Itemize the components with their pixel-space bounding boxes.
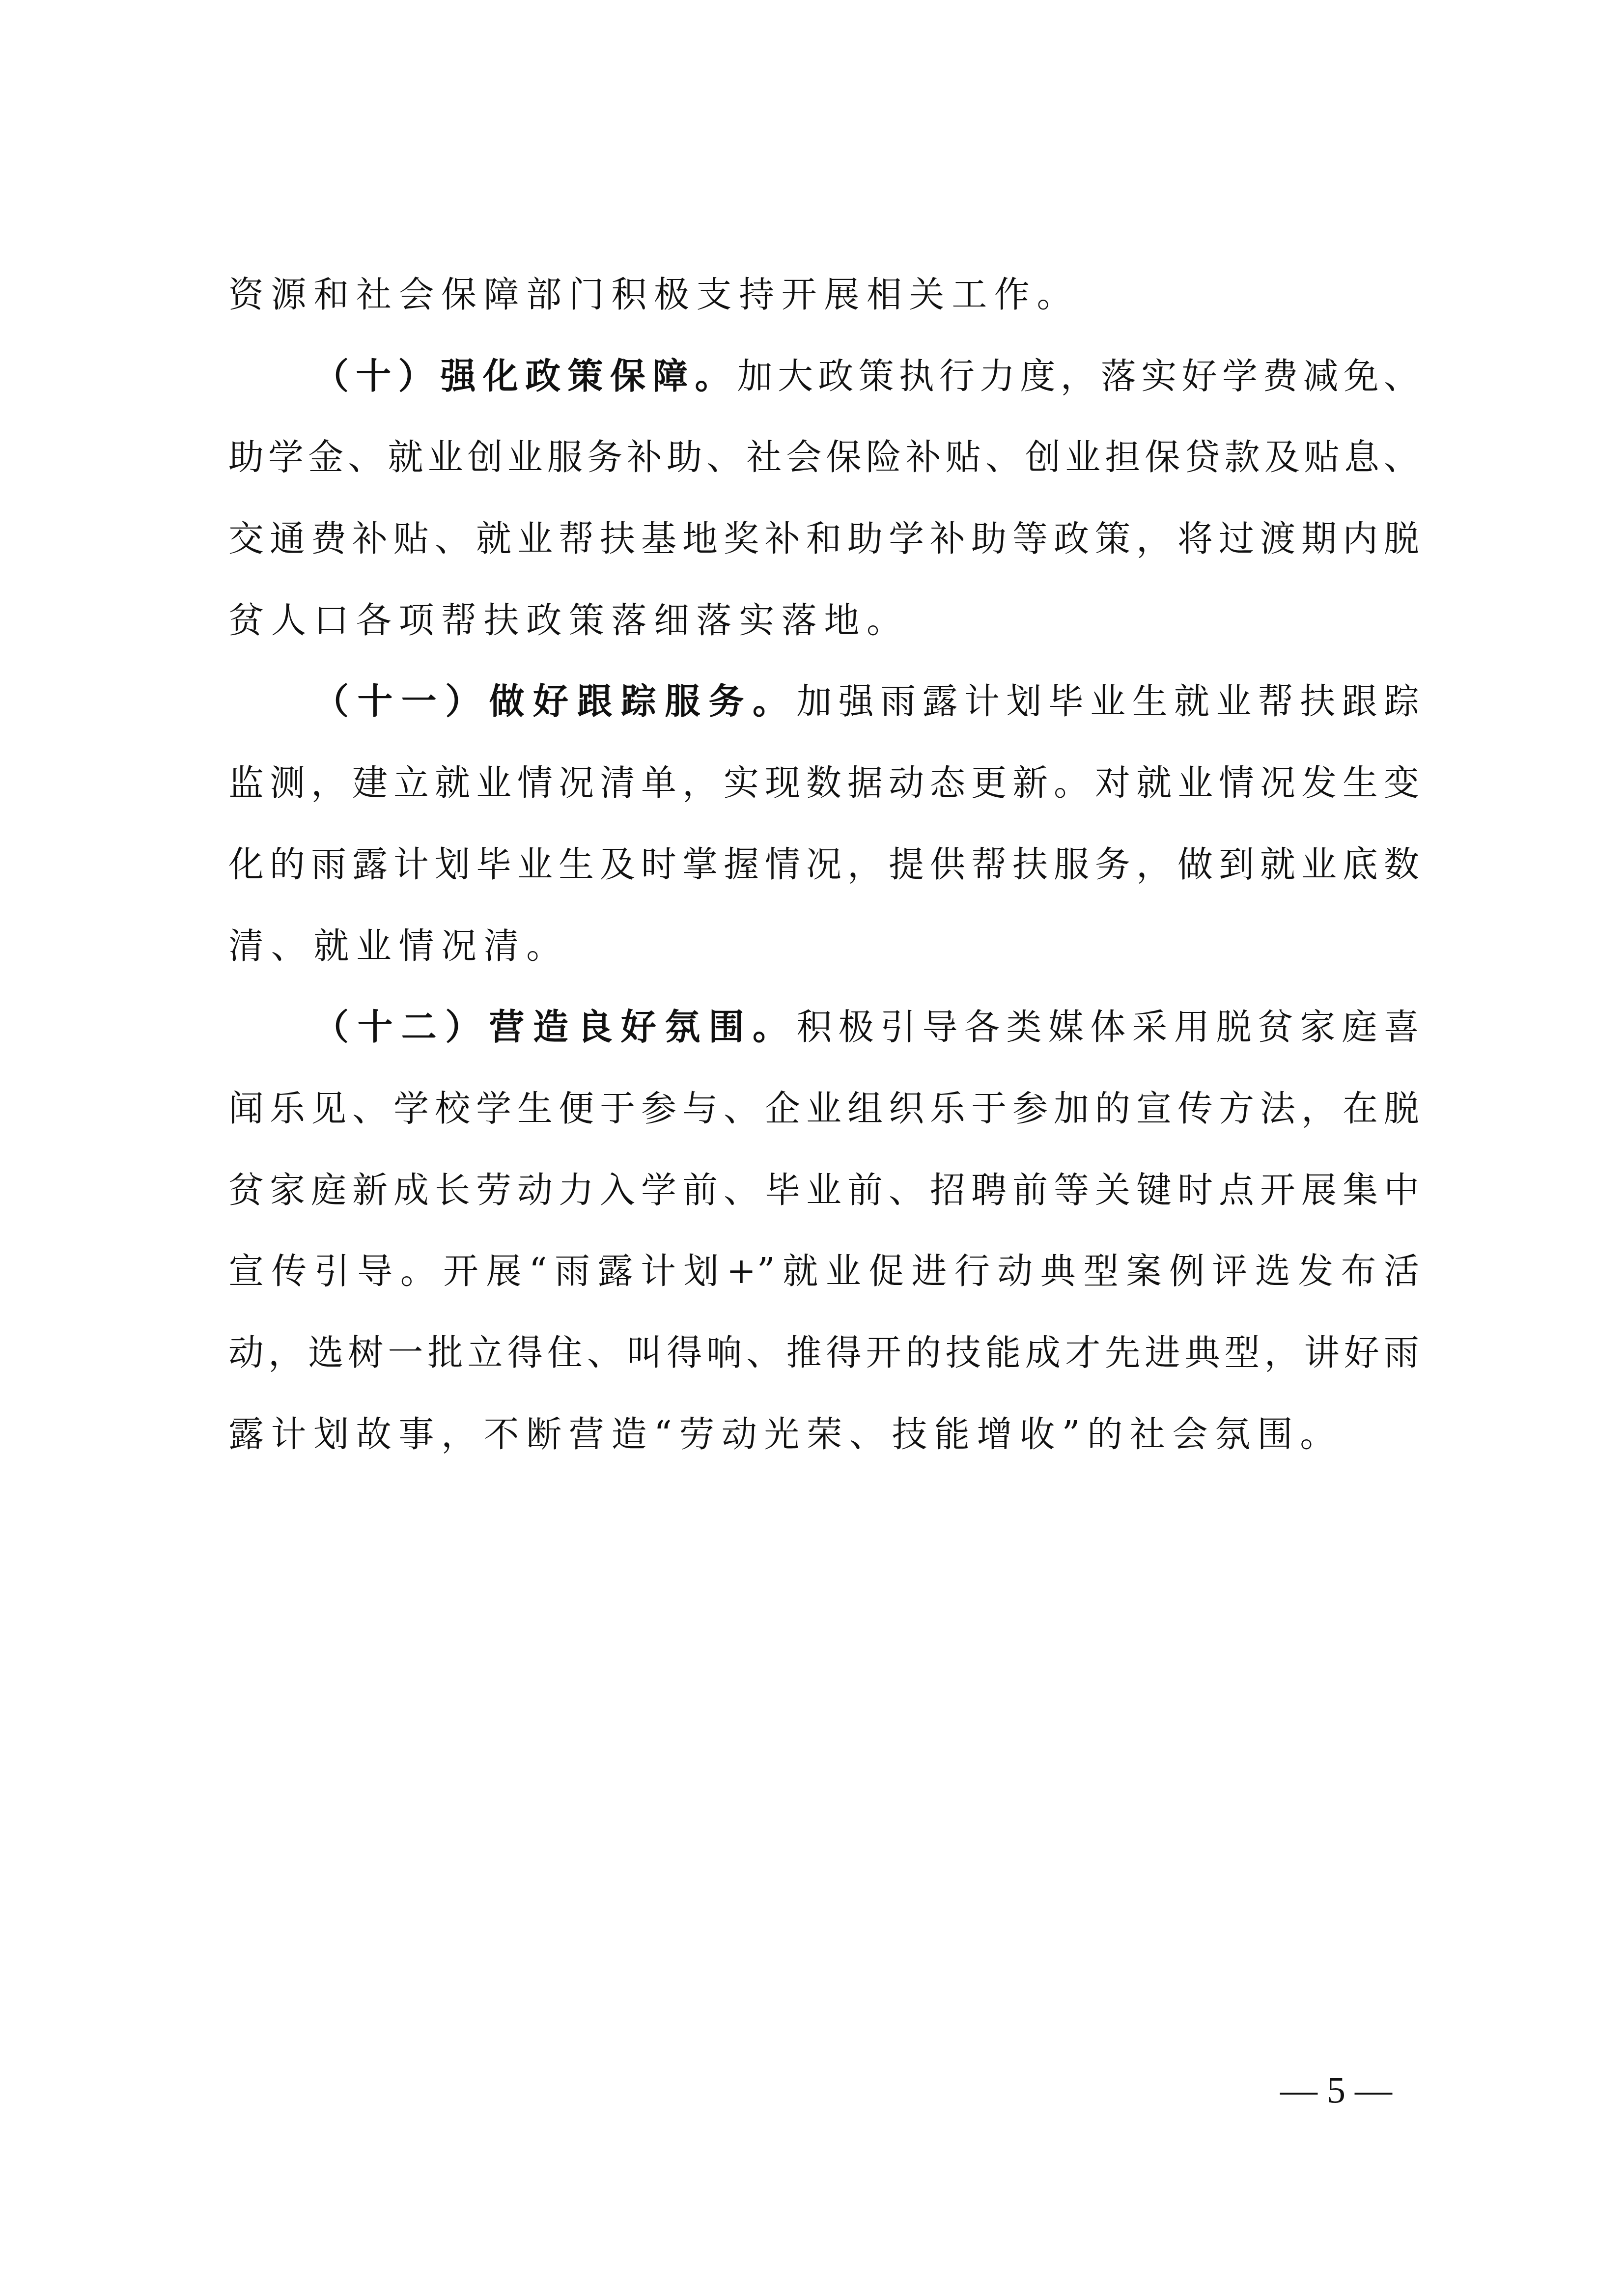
paragraph-first-line: （十）强化政策保障。加大政策执行力度，落实好学费减免、 [228, 336, 1420, 417]
page-number: — 5 — [1258, 2066, 1415, 2115]
document-body: 资源和社会保障部门积极支持开展相关工作。 （十）强化政策保障。加大政策执行力度，… [228, 254, 1420, 1475]
paragraph-line: 闻乐见、学校学生便于参与、企业组织乐于参加的宣传方法，在脱 [228, 1068, 1420, 1149]
paragraph-first-line: （十二）营造良好氛围。积极引导各类媒体采用脱贫家庭喜 [228, 986, 1420, 1068]
paragraph-line: 动，选树一批立得住、叫得响、推得开的技能成才先进典型，讲好雨 [228, 1312, 1420, 1394]
paragraph-text: 加大政策执行力度，落实好学费减免、 [737, 355, 1420, 396]
paragraph-text: 积极引导各类媒体采用脱贫家庭喜 [796, 1006, 1420, 1047]
paragraph-first-line: （十一）做好跟踪服务。加强雨露计划毕业生就业帮扶跟踪 [228, 661, 1420, 742]
paragraph-line: 露计划故事，不断营造“劳动光荣、技能增收”的社会氛围。 [228, 1394, 1420, 1475]
paragraph-line: 交通费补贴、就业帮扶基地奖补和助学补助等政策，将过渡期内脱 [228, 498, 1420, 580]
paragraph-line: 贫人口各项帮扶政策落细落实落地。 [228, 580, 1420, 661]
section-heading: （十）强化政策保障。 [313, 355, 737, 396]
paragraph-line: 监测，建立就业情况清单，实现数据动态更新。对就业情况发生变 [228, 742, 1420, 824]
paragraph-line: 贫家庭新成长劳动力入学前、毕业前、招聘前等关键时点开展集中 [228, 1149, 1420, 1231]
section-heading: （十二）营造良好氛围。 [313, 1006, 796, 1047]
paragraph-line: 清、就业情况清。 [228, 905, 1420, 987]
paragraph-line: 助学金、就业创业服务补助、社会保险补贴、创业担保贷款及贴息、 [228, 417, 1420, 498]
paragraph-line: 资源和社会保障部门积极支持开展相关工作。 [228, 254, 1420, 336]
paragraph-text: 加强雨露计划毕业生就业帮扶跟踪 [796, 680, 1420, 722]
paragraph-line: 化的雨露计划毕业生及时掌握情况，提供帮扶服务，做到就业底数 [228, 824, 1420, 905]
paragraph-line: 宣传引导。开展“雨露计划+”就业促进行动典型案例评选发布活 [228, 1231, 1420, 1312]
document-page: 资源和社会保障部门积极支持开展相关工作。 （十）强化政策保障。加大政策执行力度，… [0, 0, 1624, 2295]
section-heading: （十一）做好跟踪服务。 [313, 680, 796, 722]
